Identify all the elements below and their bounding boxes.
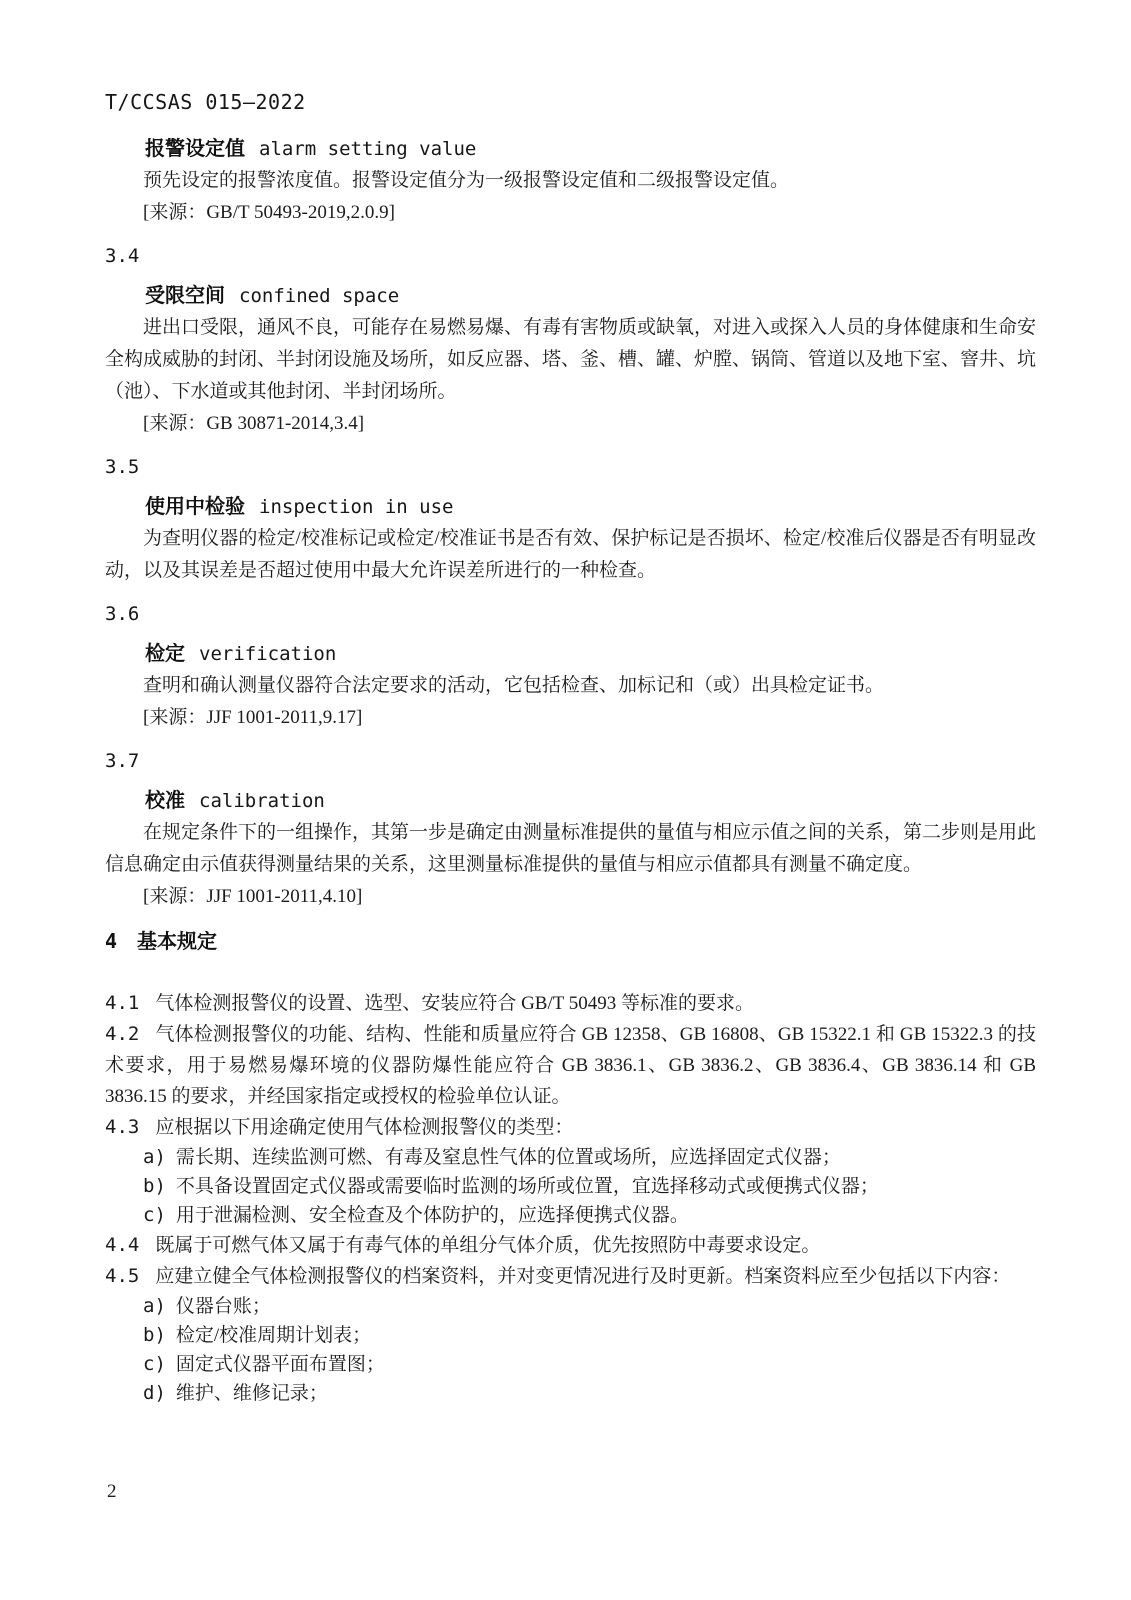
- term-title-zh: 校准: [145, 790, 185, 812]
- section-4-heading: 4基本规定: [105, 925, 1036, 958]
- clause-item: 4.5应建立健全气体检测报警仪的档案资料，并对变更情况进行及时更新。档案资料应至…: [105, 1261, 1036, 1292]
- list-item-text: 用于泄漏检测、安全检查及个体防护的，应选择便携式仪器。: [176, 1205, 689, 1226]
- list-item-text: 仪器台账；: [176, 1296, 271, 1317]
- clause-text: 既属于可燃气体又属于有毒气体的单组分气体介质，优先按照防中毒要求设定。: [155, 1235, 820, 1256]
- term-definition-section: 报警设定值alarm setting value 预先设定的报警浓度值。报警设定…: [105, 133, 1036, 229]
- term-definition: 为查明仪器的检定/校准标记或检定/校准证书是否有效、保护标记是否损坏、检定/校准…: [105, 523, 1036, 587]
- term-title: 使用中检验inspection in use: [145, 491, 1036, 523]
- standard-code: T/CCSAS 015—2022: [105, 90, 1036, 114]
- term-definition: 查明和确认测量仪器符合法定要求的活动，它包括检查、加标记和（或）出具检定证书。: [105, 670, 1036, 702]
- page-number: 2: [107, 1480, 117, 1504]
- list-item: d)维护、维修记录；: [143, 1379, 1036, 1408]
- list-item-text: 检定/校准周期计划表；: [176, 1325, 371, 1346]
- term-title: 检定verification: [145, 638, 1036, 670]
- list-item-label: c): [143, 1204, 166, 1226]
- clause-item: 4.3应根据以下用途确定使用气体检测报警仪的类型：: [105, 1112, 1036, 1143]
- list-item: c)用于泄漏检测、安全检查及个体防护的，应选择便携式仪器。: [143, 1201, 1036, 1230]
- term-source: [来源：GB/T 50493-2019,2.0.9]: [143, 197, 1036, 229]
- section-title: 基本规定: [137, 931, 217, 953]
- term-definition: 预先设定的报警浓度值。报警设定值分为一级报警设定值和二级报警设定值。: [105, 165, 1036, 197]
- term-number: 3.6: [105, 598, 1036, 630]
- clause-text: 气体检测报警仪的功能、结构、性能和质量应符合 GB 12358、GB 16808…: [105, 1024, 1036, 1107]
- list-item-text: 维护、维修记录；: [176, 1383, 328, 1404]
- term-title-en: alarm setting value: [259, 138, 476, 160]
- section-4: 4基本规定 4.1气体检测报警仪的设置、选型、安装应符合 GB/T 50493 …: [105, 925, 1036, 1408]
- clause-number: 4.1: [105, 992, 139, 1014]
- list-item-text: 固定式仪器平面布置图；: [176, 1354, 385, 1375]
- term-source: [来源：JJF 1001-2011,9.17]: [143, 702, 1036, 734]
- section-number: 4: [105, 929, 117, 953]
- term-title-en: inspection in use: [259, 496, 453, 518]
- list-item-text: 不具备设置固定式仪器或需要临时监测的场所或位置，宜选择移动式或便携式仪器；: [176, 1176, 879, 1197]
- term-source: [来源：JJF 1001-2011,4.10]: [143, 881, 1036, 913]
- list-item: a)仪器台账；: [143, 1292, 1036, 1321]
- list-item-label: a): [143, 1295, 166, 1317]
- term-definition-section: 3.4 受限空间confined space 进出口受限，通风不良，可能存在易燃…: [105, 240, 1036, 440]
- term-title-zh: 使用中检验: [145, 496, 245, 518]
- term-title-zh: 报警设定值: [145, 138, 245, 160]
- term-definition: 在规定条件下的一组操作，其第一步是确定由测量标准提供的量值与相应示值之间的关系，…: [105, 817, 1036, 881]
- term-number: 3.5: [105, 451, 1036, 483]
- list-item-label: c): [143, 1353, 166, 1375]
- clause-text: 应根据以下用途确定使用气体检测报警仪的类型：: [155, 1117, 573, 1138]
- clause-number: 4.3: [105, 1116, 139, 1138]
- term-definition-section: 3.7 校准calibration 在规定条件下的一组操作，其第一步是确定由测量…: [105, 745, 1036, 913]
- term-definition: 进出口受限，通风不良，可能存在易燃易爆、有毒有害物质或缺氧，对进入或探入人员的身…: [105, 312, 1036, 408]
- clause-number: 4.4: [105, 1234, 139, 1256]
- term-number: 3.4: [105, 240, 1036, 272]
- clause-text: 应建立健全气体检测报警仪的档案资料，并对变更情况进行及时更新。档案资料应至少包括…: [155, 1266, 1010, 1287]
- list-item-label: a): [143, 1146, 166, 1168]
- term-number: 3.7: [105, 745, 1036, 777]
- list-item-label: d): [143, 1382, 166, 1404]
- clause-text: 气体检测报警仪的设置、选型、安装应符合 GB/T 50493 等标准的要求。: [155, 993, 754, 1014]
- term-title: 报警设定值alarm setting value: [145, 133, 1036, 165]
- list-item: c)固定式仪器平面布置图；: [143, 1350, 1036, 1379]
- list-item-label: b): [143, 1175, 166, 1197]
- clause-number: 4.5: [105, 1265, 139, 1287]
- term-title: 校准calibration: [145, 785, 1036, 817]
- term-title-en: calibration: [199, 790, 325, 812]
- list-item-label: b): [143, 1324, 166, 1346]
- list-item: a)需长期、连续监测可燃、有毒及窒息性气体的位置或场所，应选择固定式仪器；: [143, 1143, 1036, 1172]
- term-title: 受限空间confined space: [145, 280, 1036, 312]
- list-item-text: 需长期、连续监测可燃、有毒及窒息性气体的位置或场所，应选择固定式仪器；: [176, 1147, 841, 1168]
- list-item: b)不具备设置固定式仪器或需要临时监测的场所或位置，宜选择移动式或便携式仪器；: [143, 1172, 1036, 1201]
- term-title-zh: 受限空间: [145, 285, 225, 307]
- term-title-en: confined space: [239, 285, 399, 307]
- term-definition-section: 3.6 检定verification 查明和确认测量仪器符合法定要求的活动，它包…: [105, 598, 1036, 734]
- clause-item: 4.4既属于可燃气体又属于有毒气体的单组分气体介质，优先按照防中毒要求设定。: [105, 1230, 1036, 1261]
- term-source: [来源：GB 30871-2014,3.4]: [143, 408, 1036, 440]
- term-title-zh: 检定: [145, 643, 185, 665]
- document-page: T/CCSAS 015—2022 报警设定值alarm setting valu…: [0, 0, 1131, 1600]
- term-definition-section: 3.5 使用中检验inspection in use 为查明仪器的检定/校准标记…: [105, 451, 1036, 587]
- clause-item: 4.1气体检测报警仪的设置、选型、安装应符合 GB/T 50493 等标准的要求…: [105, 988, 1036, 1019]
- term-title-en: verification: [199, 643, 336, 665]
- clause-item: 4.2气体检测报警仪的功能、结构、性能和质量应符合 GB 12358、GB 16…: [105, 1019, 1036, 1112]
- clause-number: 4.2: [105, 1023, 139, 1045]
- list-item: b)检定/校准周期计划表；: [143, 1321, 1036, 1350]
